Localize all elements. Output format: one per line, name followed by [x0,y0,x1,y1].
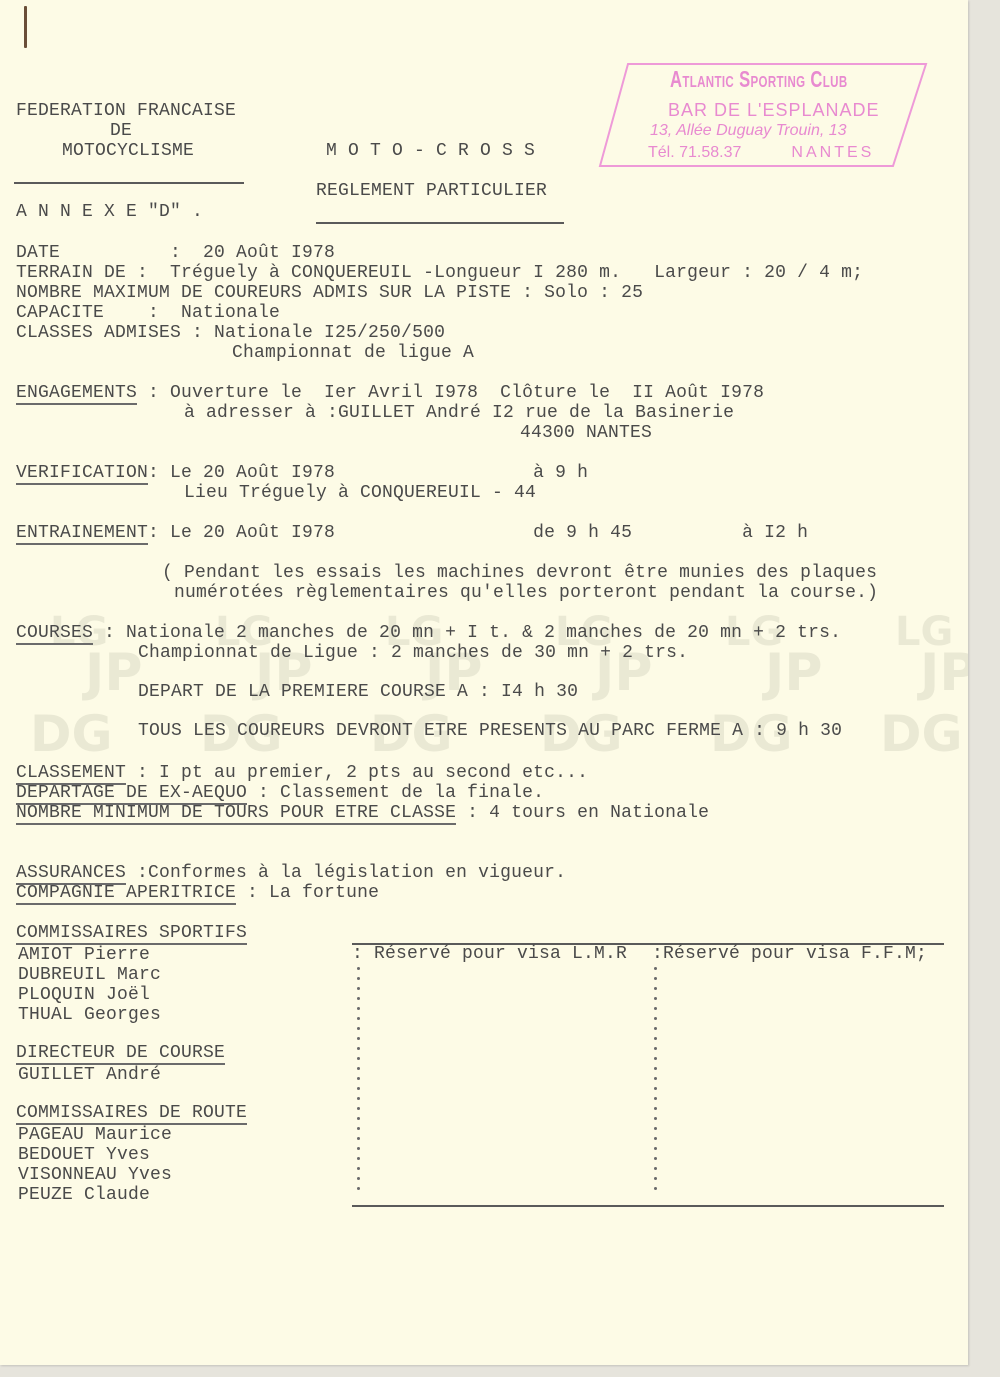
verification-row: VERIFICATION: Le 20 Août I978 à 9 h [16,463,588,483]
note-line-2: numérotées règlementaires qu'elles porte… [174,583,878,603]
stamp-city: NANTES [791,144,874,161]
classement-label: CLASSEMENT [16,763,126,785]
courses-nationale: : Nationale 2 manches de 20 mn + I t. & … [93,623,841,643]
verification-date: : Le 20 Août I978 à 9 h [148,463,588,483]
stamp-club-name: Atlantic Sporting Club [670,66,848,93]
steward-name: DUBREUIL Marc [18,965,161,985]
max-riders-line: NOMBRE MAXIMUM DE COUREURS ADMIS SUR LA … [16,283,643,303]
stamp-bar-name: BAR DE L'ESPLANADE [668,100,880,121]
visa-column-separator-left [357,967,363,1197]
pen-mark [24,6,27,48]
classement-value: : I pt au premier, 2 pts au second etc..… [126,763,588,783]
insurer-row: COMPAGNIE APERITRICE : La fortune [16,883,379,903]
federation-motocyclisme: MOTOCYCLISME [62,141,194,161]
stewards-title: COMMISSAIRES SPORTIFS [16,923,247,945]
visa-lmr: : Réservé pour visa L.M.R [352,944,627,964]
marshal-name: PEUZE Claude [18,1185,150,1205]
exaequo-row: DEPARTAGE DE EX-AEQUO : Classement de la… [16,783,544,803]
title-divider [316,222,564,224]
federation-name: FEDERATION FRANCAISE [16,101,236,121]
insurance-row: ASSURANCES :Conformes à la législation e… [16,863,566,883]
training-row: ENTRAINEMENT: Le 20 Août I978 de 9 h 45 … [16,523,808,543]
terrain-line: TERRAIN DE : Tréguely à CONQUEREUIL -Lon… [16,263,863,283]
verification-label: VERIFICATION [16,463,148,485]
marshals-title: COMMISSAIRES DE ROUTE [16,1103,247,1125]
insurance-value: :Conformes à la législation en vigueur. [126,863,566,883]
note-line-1: ( Pendant les essais les machines devron… [162,563,877,583]
parc-ferme-time: TOUS LES COUREURS DEVRONT ETRE PRESENTS … [138,721,842,741]
insurance-label: ASSURANCES [16,863,126,885]
document-type: REGLEMENT PARTICULIER [316,181,547,201]
classes-line-2: Championnat de ligue A [232,343,474,363]
courses-championnat: Championnat de Ligue : 2 manches de 30 m… [138,643,688,663]
discipline-title: M O T O - C R O S S [326,141,535,161]
engagements-city: 44300 NANTES [520,423,652,443]
club-stamp: Atlantic Sporting Club BAR DE L'ESPLANAD… [598,62,928,168]
race-director-name: GUILLET André [18,1065,161,1085]
engagements-row: ENGAGEMENTS : Ouverture le Ier Avril I97… [16,383,764,403]
annex-label: A N N E X E "D" . [16,202,203,222]
steward-name: PLOQUIN Joël [18,985,150,1005]
classes-line: CLASSES ADMISES : Nationale I25/250/500 [16,323,445,343]
capacity-line: CAPACITE : Nationale [16,303,280,323]
header-divider [14,182,244,184]
exaequo-value: : Classement de la finale. [247,783,544,803]
exaequo-label: DEPARTAGE DE EX-AEQUO [16,783,247,805]
insurer-value: : La fortune [236,883,379,903]
courses-row: COURSES : Nationale 2 manches de 20 mn +… [16,623,841,643]
race-director-title: DIRECTEUR DE COURSE [16,1043,225,1065]
engagements-label: ENGAGEMENTS [16,383,137,405]
min-laps-row: NOMBRE MINIMUM DE TOURS POUR ETRE CLASSE… [16,803,709,823]
training-schedule: : Le 20 Août I978 de 9 h 45 à I2 h [148,523,808,543]
document-page: LG LG LG LG LG LG JP JP JP JP JP JP DG D… [0,0,968,1365]
marshal-name: VISONNEAU Yves [18,1165,172,1185]
training-label: ENTRAINEMENT [16,523,148,545]
date-line: DATE : 20 Août I978 [16,243,335,263]
engagements-address: à adresser à :GUILLET André I2 rue de la… [184,403,734,423]
visa-bottom-rule [352,1205,944,1207]
min-laps-value: : 4 tours en Nationale [456,803,709,823]
stamp-contact: Tél. 71.58.37NANTES [648,144,874,162]
classement-row: CLASSEMENT : I pt au premier, 2 pts au s… [16,763,588,783]
stamp-address: 13, Allée Duguay Trouin, 13 [650,122,847,140]
steward-name: THUAL Georges [18,1005,161,1025]
verification-place: Lieu Tréguely à CONQUEREUIL - 44 [184,483,536,503]
visa-column-separator-middle [654,967,660,1197]
marshal-name: PAGEAU Maurice [18,1125,172,1145]
visa-ffm: :Réservé pour visa F.F.M; [652,944,927,964]
marshal-name: BEDOUET Yves [18,1145,150,1165]
stamp-phone: Tél. 71.58.37 [648,144,741,161]
first-race-start: DEPART DE LA PREMIERE COURSE A : I4 h 30 [138,682,578,702]
courses-label: COURSES [16,623,93,645]
min-laps-label: NOMBRE MINIMUM DE TOURS POUR ETRE CLASSE [16,803,456,825]
engagements-opening: : Ouverture le Ier Avril I978 Clôture le… [137,383,764,403]
steward-name: AMIOT Pierre [18,945,150,965]
federation-de: DE [110,121,132,141]
insurer-label: COMPAGNIE APERITRICE [16,883,236,905]
